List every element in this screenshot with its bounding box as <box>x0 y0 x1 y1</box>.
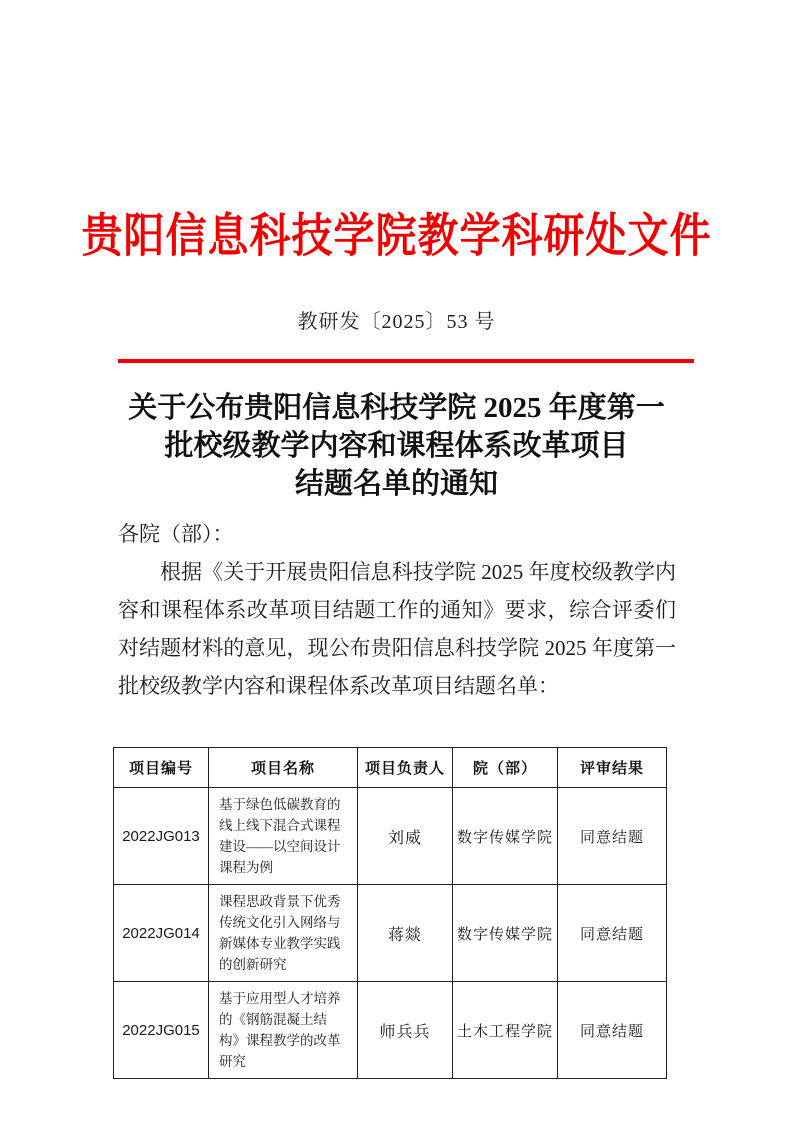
col-header-college: 院（部） <box>453 748 558 788</box>
review-result: 同意结题 <box>558 885 667 982</box>
body-paragraph: 根据《关于开展贵阳信息科技学院 2025 年度校级教学内容和课程体系改革项目结题… <box>118 553 676 705</box>
document-page: 贵阳信息科技学院教学科研处文件 教研发〔2025〕53 号 关于公布贵阳信息科技… <box>0 0 793 1122</box>
red-separator-line <box>118 359 694 363</box>
project-leader: 蒋燚 <box>358 885 453 982</box>
project-name: 基于应用型人才培养的《钢筋混凝土结构》课程教学的改革研究 <box>209 982 358 1079</box>
col-header-project-name: 项目名称 <box>209 748 358 788</box>
college: 数字传媒学院 <box>453 885 558 982</box>
col-header-project-id: 项目编号 <box>114 748 209 788</box>
review-result: 同意结题 <box>558 982 667 1079</box>
notice-title-line-2: 批校级教学内容和课程体系改革项目 <box>0 427 793 465</box>
project-id: 2022JG013 <box>114 788 209 885</box>
project-name: 基于绿色低碳教育的线上线下混合式课程建设——以空间设计课程为例 <box>209 788 358 885</box>
notice-title-line-3: 结题名单的通知 <box>0 465 793 503</box>
college: 数字传媒学院 <box>453 788 558 885</box>
project-results-table: 项目编号 项目名称 项目负责人 院（部） 评审结果 2022JG013 基于绿色… <box>113 747 667 1079</box>
salutation: 各院（部）： <box>118 515 676 553</box>
review-result: 同意结题 <box>558 788 667 885</box>
col-header-review-result: 评审结果 <box>558 748 667 788</box>
col-header-project-leader: 项目负责人 <box>358 748 453 788</box>
table-row: 2022JG015 基于应用型人才培养的《钢筋混凝土结构》课程教学的改革研究 师… <box>114 982 667 1079</box>
college: 土木工程学院 <box>453 982 558 1079</box>
project-leader: 刘威 <box>358 788 453 885</box>
org-red-header-title: 贵阳信息科技学院教学科研处文件 <box>0 198 793 265</box>
project-leader: 师兵兵 <box>358 982 453 1079</box>
notice-title: 关于公布贵阳信息科技学院 2025 年度第一 批校级教学内容和课程体系改革项目 … <box>0 389 793 503</box>
table-header-row: 项目编号 项目名称 项目负责人 院（部） 评审结果 <box>114 748 667 788</box>
notice-title-line-1: 关于公布贵阳信息科技学院 2025 年度第一 <box>0 389 793 427</box>
document-issue-number: 教研发〔2025〕53 号 <box>0 305 793 334</box>
table-row: 2022JG013 基于绿色低碳教育的线上线下混合式课程建设——以空间设计课程为… <box>114 788 667 885</box>
notice-body: 各院（部）： 根据《关于开展贵阳信息科技学院 2025 年度校级教学内容和课程体… <box>118 515 676 705</box>
project-name: 课程思政背景下优秀传统文化引入网络与新媒体专业教学实践的创新研究 <box>209 885 358 982</box>
table-row: 2022JG014 课程思政背景下优秀传统文化引入网络与新媒体专业教学实践的创新… <box>114 885 667 982</box>
project-id: 2022JG015 <box>114 982 209 1079</box>
project-id: 2022JG014 <box>114 885 209 982</box>
